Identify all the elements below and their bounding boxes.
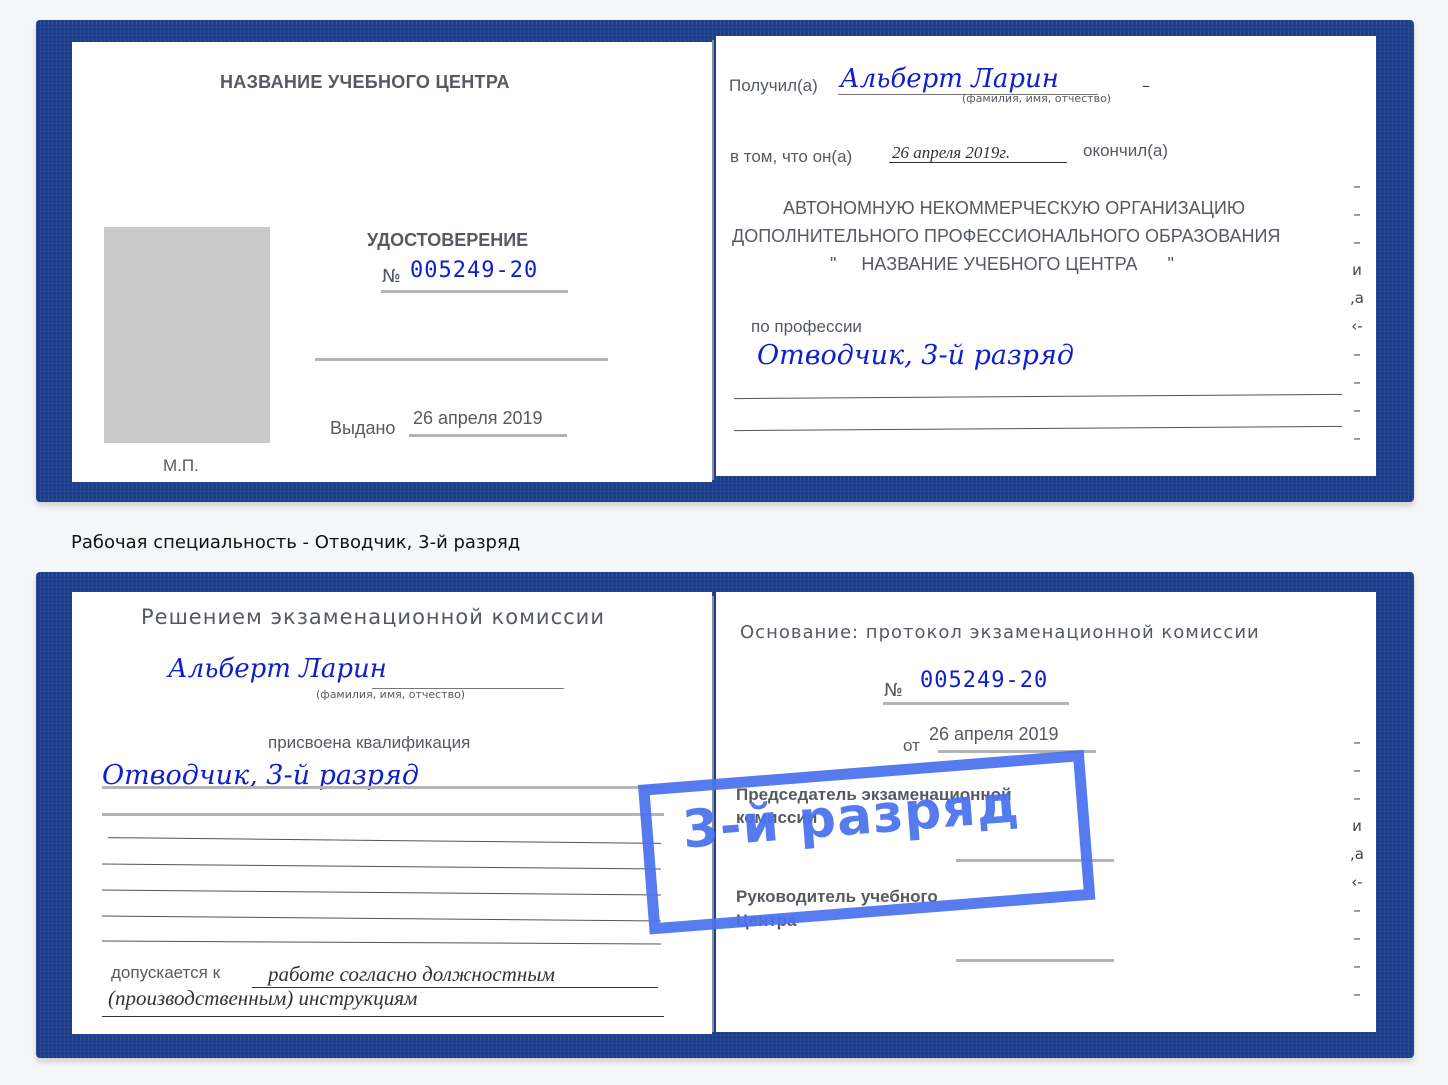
edge-mark: – — [1347, 200, 1367, 228]
admitted-label: допускается к — [111, 963, 220, 983]
doc-title: УДОСТОВЕРЕНИЕ — [367, 230, 528, 251]
protocol-date: 26 апреля 2019 — [929, 724, 1059, 745]
issued-underline — [409, 434, 567, 437]
edge-mark: ‹- — [1347, 868, 1367, 896]
issued-label: Выдано — [330, 418, 395, 439]
edge-mark: – — [1347, 784, 1367, 812]
grade-stamp-text: 3-й разряд — [680, 774, 1021, 860]
edge-mark: – — [1347, 756, 1367, 784]
edge-mark: – — [1347, 952, 1367, 980]
edge-mark: – — [1347, 980, 1367, 1008]
specialty-caption: Рабочая специальность - Отводчик, 3-й ра… — [71, 532, 520, 553]
admitted-text-1: работе согласно должностным — [268, 962, 555, 987]
certificate-number: 005249-20 — [410, 258, 538, 283]
dash-mark: – — [1142, 76, 1150, 95]
org-line-3: " НАЗВАНИЕ УЧЕБНОГО ЦЕНТРА " — [830, 254, 1174, 275]
edge-mark: – — [1347, 896, 1367, 924]
protocol-number: 005249-20 — [920, 668, 1048, 693]
photo-placeholder — [104, 227, 270, 443]
admitted-text-2: (производственным) инструкциям — [108, 986, 417, 1011]
protocol-number-underline — [883, 702, 1069, 705]
edge-mark: и — [1347, 812, 1367, 840]
edge-mark: – — [1347, 368, 1367, 396]
edge-mark: ,а — [1347, 284, 1367, 312]
basis-text: Основание: протокол экзаменационной коми… — [740, 622, 1260, 643]
recipient-name: Альберт Ларин — [840, 64, 1059, 94]
protocol-date-label: от — [903, 736, 920, 756]
edge-mark: – — [1347, 924, 1367, 952]
edge-mark: ‹- — [1347, 312, 1367, 340]
edge-mark: – — [1347, 728, 1367, 756]
commission-heading: Решением экзаменационной комиссии — [141, 605, 605, 629]
head-signature-line — [956, 959, 1114, 962]
edge-mark: – — [1347, 424, 1367, 452]
holder-name-hint: (фамилия, имя, отчество) — [316, 688, 465, 701]
qualification-label: присвоена квалификация — [268, 733, 470, 753]
date-prefix: в том, что он(а) — [730, 147, 852, 167]
issued-date: 26 апреля 2019 — [413, 408, 543, 429]
qualification-line-1 — [102, 786, 664, 789]
edge-mark: и — [1347, 256, 1367, 284]
blank-line — [315, 358, 608, 361]
edge-mark: – — [1347, 172, 1367, 200]
edge-mark: – — [1347, 396, 1367, 424]
qualification-line-2 — [102, 813, 664, 816]
profession-value: Отводчик, 3-й разряд — [757, 340, 1074, 371]
admitted-underline-2 — [102, 1016, 664, 1017]
received-label: Получил(а) — [729, 76, 818, 96]
bottom-edge-marks: – – – и ,а ‹- – – – – — [1347, 728, 1367, 1008]
org-name: НАЗВАНИЕ УЧЕБНОГО ЦЕНТРА — [220, 72, 510, 93]
recipient-name-hint: (фамилия, имя, отчество) — [962, 92, 1111, 105]
edge-mark: – — [1347, 228, 1367, 256]
top-edge-marks: – – – и ,а ‹- – – – – — [1347, 172, 1367, 452]
stamp-place: М.П. — [163, 456, 199, 476]
completion-date: 26 апреля 2019г. — [892, 143, 1010, 163]
number-underline — [381, 290, 568, 293]
number-label: № — [382, 266, 401, 287]
org-line-2: ДОПОЛНИТЕЛЬНОГО ПРОФЕССИОНАЛЬНОГО ОБРАЗО… — [732, 226, 1280, 247]
holder-name: Альберт Ларин — [168, 654, 387, 684]
edge-mark: – — [1347, 340, 1367, 368]
profession-label: по профессии — [751, 317, 862, 337]
top-fold — [712, 40, 714, 480]
completion-date-underline — [889, 162, 1067, 163]
org-line-1: АВТОНОМНУЮ НЕКОММЕРЧЕСКУЮ ОРГАНИЗАЦИЮ — [783, 198, 1245, 219]
protocol-number-label: № — [884, 680, 903, 701]
date-suffix: окончил(а) — [1083, 141, 1168, 161]
edge-mark: ,а — [1347, 840, 1367, 868]
